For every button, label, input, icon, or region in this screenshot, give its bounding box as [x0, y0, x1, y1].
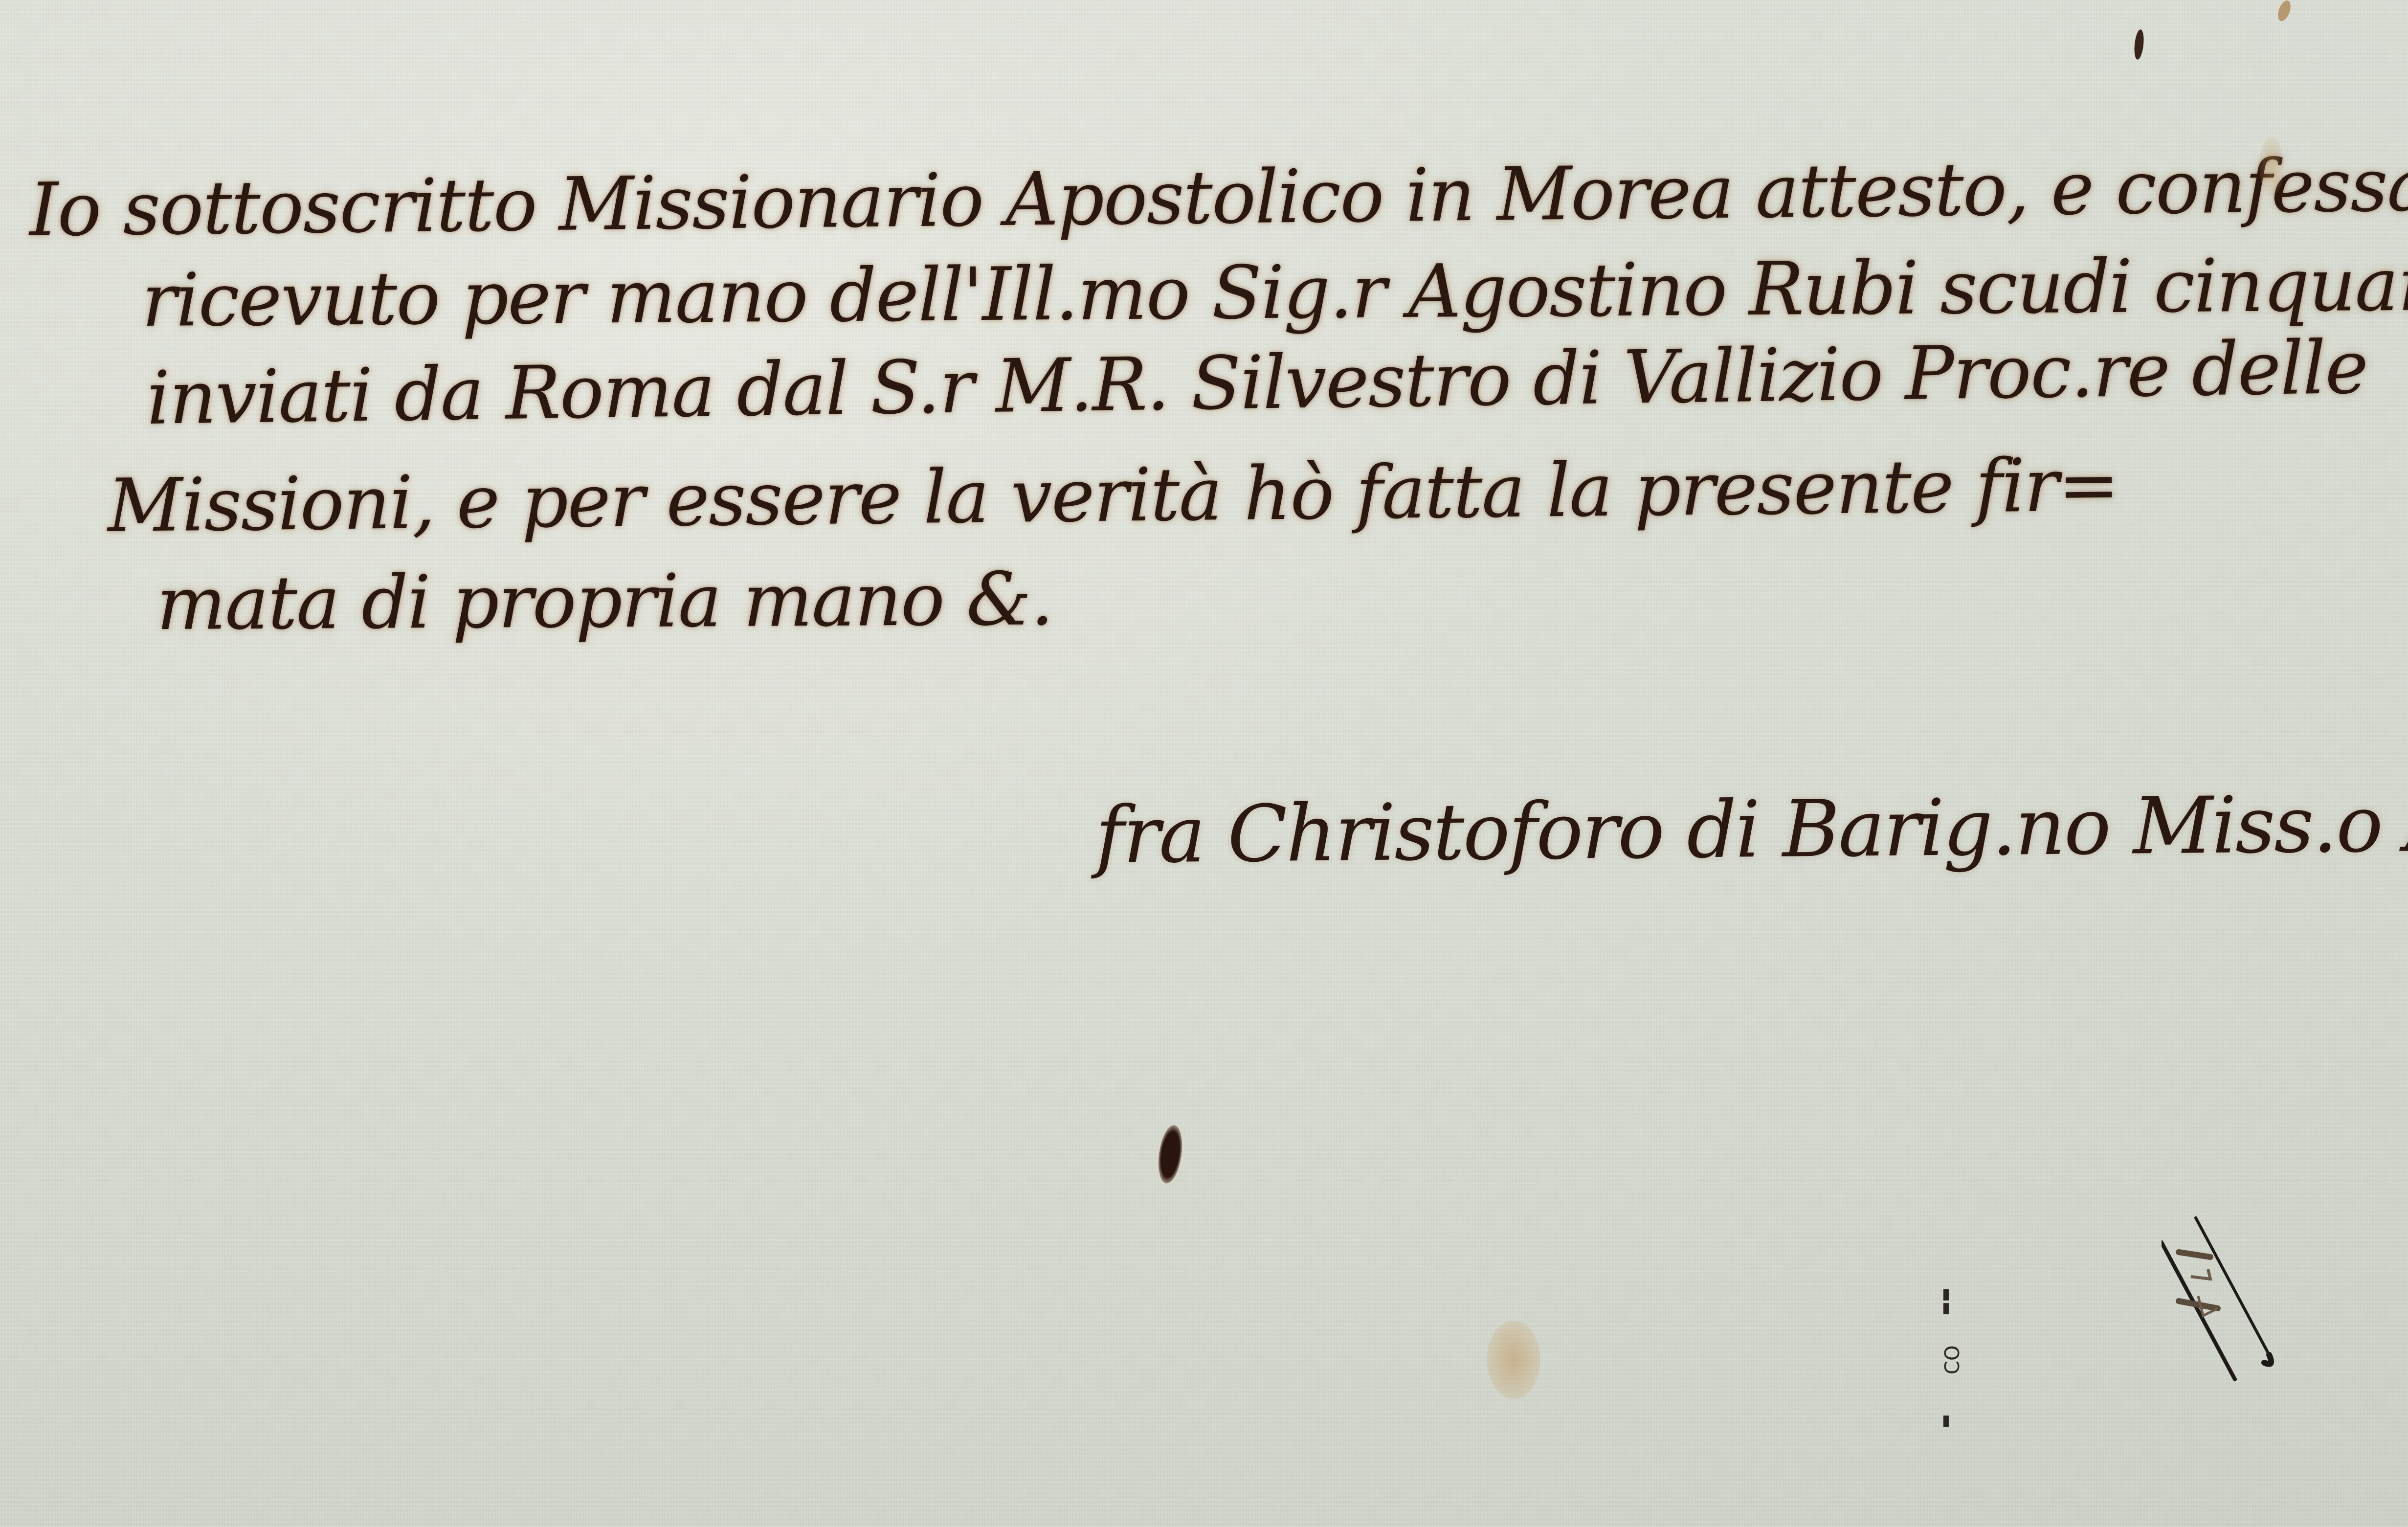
folio-numeral-icon [2162, 1208, 2289, 1384]
stamp-mark: ▬ [1937, 1415, 1954, 1428]
foxing-stain [2259, 137, 2284, 196]
body-line: mata di propria mano &. [156, 562, 1053, 641]
signature: fra Christoforo di Barig.no Miss.o Ap.li… [1095, 776, 2408, 881]
body-line: ricevuto per mano dell'Ill.mo Sig.r Agos… [141, 247, 2408, 337]
foxing-stain [1487, 1321, 1540, 1399]
archive-stamp: ▬▬ CO ▬ [1932, 1286, 1990, 1423]
folio-number-mark [2162, 1208, 2289, 1384]
stamp-mark: ▬▬ [1937, 1288, 1954, 1316]
body-line: Missioni, e per essere la verità hò fatt… [107, 449, 2119, 543]
manuscript-page: Io sottoscritto Missionario Apostolico i… [0, 0, 2408, 1527]
stamp-mark: CO [1941, 1346, 1964, 1374]
